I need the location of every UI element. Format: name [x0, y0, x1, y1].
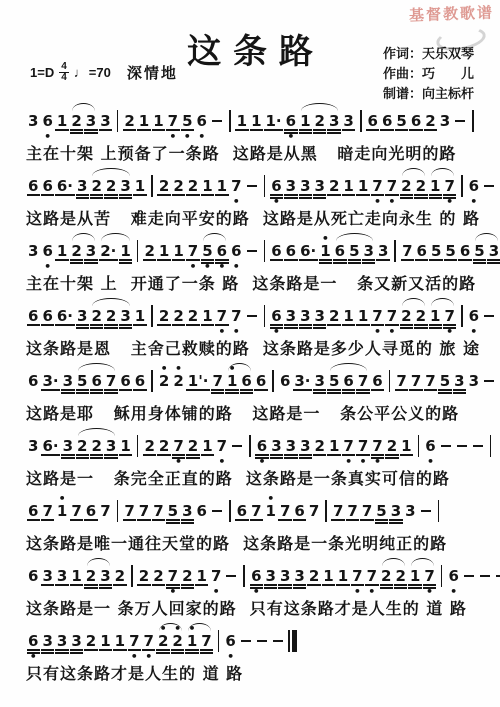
- key-signature: 1=D: [30, 65, 54, 80]
- credit-name: 天乐双琴: [422, 46, 474, 61]
- score-system: 671•767777536671•767777533 这条路是唯一通往天堂的路 …: [26, 494, 486, 554]
- score-system: 6331232227•217•6•3332117•7•2217•6• 这条路是一…: [26, 559, 486, 619]
- notation-line: 666·32231222117•6•3332117•7•2217•6•: [26, 169, 486, 203]
- lyrics-line: 只有这条路才是人生的 道 路: [26, 661, 486, 684]
- notation-line: 36•12332117•5•6•111·6•1233665623: [26, 104, 486, 138]
- score-system: 36•12332117•5•6•111·6•1233665623 主在十架 上预…: [26, 104, 486, 164]
- key-signature-row: 1=D 44 ♩ =70 深情地: [30, 62, 178, 83]
- credit-composer: 作曲：巧 儿: [383, 64, 474, 84]
- lyrics-line: 主在十架 上 开通了一条 路 这条路是一 条又新又活的路: [26, 271, 486, 294]
- credit-label: 作词：: [383, 46, 422, 61]
- score-system: 36·32231227•217•6•333217•7•7•216• 这路是一 条…: [26, 429, 486, 489]
- notation-line: 63·3567662•2•1'·71•6663·35676777533: [26, 364, 486, 398]
- time-signature: 44: [59, 62, 69, 83]
- notation-line: 6331232227•217•6•3332117•7•2217•6•: [26, 559, 486, 593]
- credit-name: 巧 儿: [422, 66, 474, 81]
- credit-label: 作曲：: [383, 66, 422, 81]
- score-area: 36•12332117•5•6•111·6•1233665623 主在十架 上预…: [26, 104, 486, 689]
- score-system: 63·3567662•2•1'·71•6663·35676777533 这路是耶…: [26, 364, 486, 424]
- notation-line: 666·3223122217•7•6•3332117•7•2217•6•: [26, 299, 486, 333]
- watermark-text: 基督教歌谱: [409, 2, 495, 26]
- notation-line: 671•767777536671•767777533: [26, 494, 486, 528]
- credit-lyricist: 作词：天乐双琴: [383, 44, 474, 64]
- meter-bottom: 4: [61, 73, 67, 83]
- sheet-music-page: 基督教歌谱 这 条 路 作词：天乐双琴 作曲：巧 儿 制谱：向主标杆 1=D 4…: [0, 0, 500, 707]
- lyrics-line: 这条路是恩 主舍己救赎的路 这条路是多少人寻觅的 旅 途: [26, 336, 486, 359]
- lyrics-line: 这路是一 条完全正直的路 这条路是一条真实可信的路: [26, 466, 486, 489]
- score-system: 666·32231222117•6•3332117•7•2217•6• 这路是从…: [26, 169, 486, 229]
- notation-line: 36·32231227•217•6•333217•7•7•216•: [26, 429, 486, 463]
- notation-line: 36•1232·12117•5•6•6•666·1•653376556533: [26, 234, 486, 268]
- credit-notator: 制谱：向主标杆: [383, 84, 474, 104]
- lyrics-line: 这路是耶 稣用身体铺的路 这路是一 条公平公义的路: [26, 401, 486, 424]
- lyrics-line: 这条路是唯一通往天堂的路 这条路是一条光明纯正的路: [26, 531, 486, 554]
- lyrics-line: 主在十架 上预备了一条路 这路是从黑 暗走向光明的路: [26, 141, 486, 164]
- tempo-value: =70: [89, 65, 111, 80]
- credit-label: 制谱：: [383, 86, 422, 101]
- quarter-note-icon: ♩: [74, 65, 87, 80]
- score-system: 36•1232·12117•5•6•6•666·1•653376556533 主…: [26, 234, 486, 294]
- credits-block: 作词：天乐双琴 作曲：巧 儿 制谱：向主标杆: [383, 44, 474, 104]
- score-system: 666·3223122217•7•6•3332117•7•2217•6• 这条路…: [26, 299, 486, 359]
- expression-marking: 深情地: [127, 62, 178, 83]
- notation-line: 6•3332117•7•2•2•1•76•: [26, 624, 486, 658]
- score-system: 6•3332117•7•2•2•1•76• 只有这条路才是人生的 道 路: [26, 624, 486, 684]
- lyrics-line: 这条路是一 条万人回家的路 只有这条路才是人生的 道 路: [26, 596, 486, 619]
- lyrics-line: 这路是从苦 难走向平安的路 这路是从死亡走向永生 的 路: [26, 206, 486, 229]
- credit-name: 向主标杆: [422, 86, 474, 101]
